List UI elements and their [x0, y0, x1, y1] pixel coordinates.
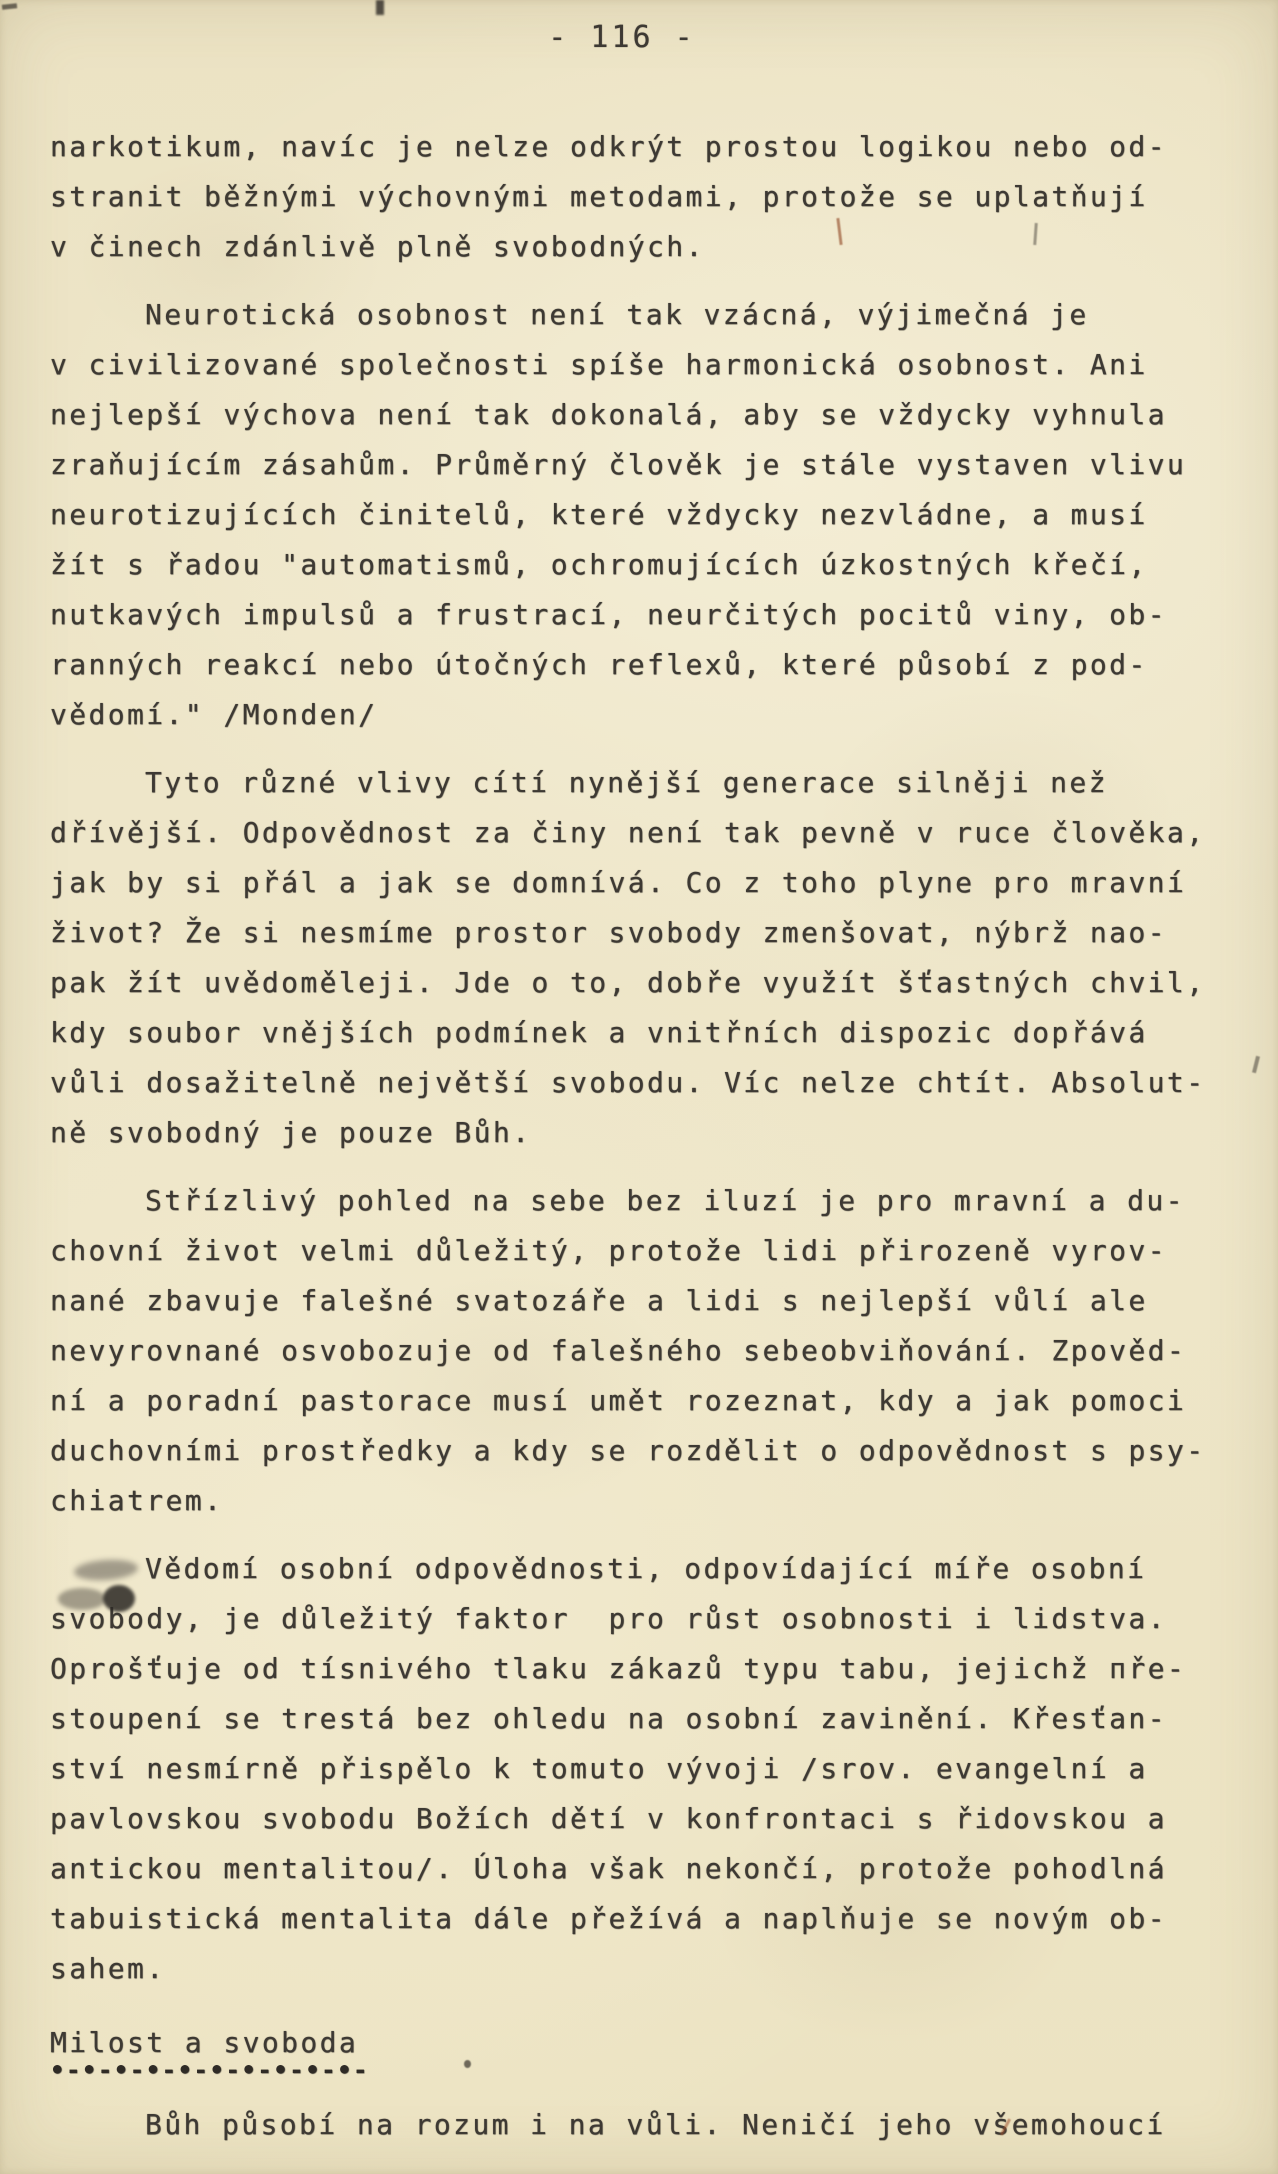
text-line: ní a poradní pastorace musí umět rozezna…	[50, 1376, 1252, 1426]
text-line: duchovními prostředky a kdy se rozdělit …	[50, 1426, 1252, 1476]
text-line: chiatrem.	[50, 1476, 1252, 1526]
section-heading: Milost a svoboda	[50, 2026, 1252, 2060]
text-line: v civilizované společnosti spíše harmoni…	[50, 340, 1252, 390]
text-line: vědomí." /Monden/	[50, 690, 1252, 740]
text-line: nutkavých impulsů a frustrací, neurčitýc…	[50, 590, 1252, 640]
text-line: antickou mentalitou/. Úloha však nekončí…	[50, 1844, 1252, 1894]
text-line: dřívější. Odpovědnost za činy není tak p…	[50, 808, 1252, 858]
text-line: narkotikum, navíc je nelze odkrýt prosto…	[50, 122, 1252, 172]
text-line: Oprošťuje od tísnivého tlaku zákazů typu…	[50, 1644, 1252, 1694]
text-line: Tyto různé vlivy cítí nynější generace s…	[50, 758, 1252, 808]
text-line: nevyrovnané osvobozuje od falešného sebe…	[50, 1326, 1252, 1376]
paragraph-group-after-heading: Bůh působí na rozum i na vůli. Neničí je…	[50, 2080, 1252, 2150]
text-line: neurotizujících činitelů, které vždycky …	[50, 490, 1252, 540]
paragraph: Tyto různé vlivy cítí nynější generace s…	[50, 758, 1252, 1158]
paragraph: Neurotická osobnost není tak vzácná, výj…	[50, 290, 1252, 740]
text-line: ství nesmírně přispělo k tomuto vývoji /…	[50, 1744, 1252, 1794]
paragraph: Střízlivý pohled na sebe bez iluzí je pr…	[50, 1176, 1252, 1526]
edge-mark-top-left	[2, 3, 17, 10]
text-line: stranit běžnými výchovnými metodami, pro…	[50, 172, 1252, 222]
page-body: narkotikum, navíc je nelze odkrýt prosto…	[50, 122, 1252, 2150]
scanned-page: - 116 - narkotikum, navíc je nelze odkrý…	[0, 0, 1278, 2174]
text-line: ranných reakcí nebo útočných reflexů, kt…	[50, 640, 1252, 690]
text-line: Vědomí osobní odpovědnosti, odpovídající…	[50, 1544, 1252, 1594]
section-heading-block: Milost a svoboda •-•-•-•-•-•-•-•-•-•-	[50, 2012, 1252, 2080]
edge-mark-top-center	[376, 0, 384, 15]
text-line: Neurotická osobnost není tak vzácná, výj…	[50, 290, 1252, 340]
paragraph-group-before-heading: narkotikum, navíc je nelze odkrýt prosto…	[50, 122, 1252, 1994]
text-line: nejlepší výchova není tak dokonalá, aby …	[50, 390, 1252, 440]
text-line: v činech zdánlivě plně svobodných.	[50, 222, 1252, 272]
text-line: sahem.	[50, 1944, 1252, 1994]
text-line: nané zbavuje falešné svatozáře a lidi s …	[50, 1276, 1252, 1326]
paragraph: narkotikum, navíc je nelze odkrýt prosto…	[50, 122, 1252, 272]
text-line: žít s řadou "automatismů, ochromujících …	[50, 540, 1252, 590]
text-line: Bůh působí na rozum i na vůli. Neničí je…	[50, 2100, 1252, 2150]
text-line: chovní život velmi důležitý, protože lid…	[50, 1226, 1252, 1276]
stray-mark-right-margin	[1252, 1056, 1260, 1073]
text-line: pak žít uvědoměleji. Jde o to, dobře vyu…	[50, 958, 1252, 1008]
text-line: tabuistická mentalita dále přežívá a nap…	[50, 1894, 1252, 1944]
text-line: život? Že si nesmíme prostor svobody zme…	[50, 908, 1252, 958]
text-line: jak by si přál a jak se domnívá. Co z to…	[50, 858, 1252, 908]
text-line: ně svobodný je pouze Bůh.	[50, 1108, 1252, 1158]
paragraph: Vědomí osobní odpovědnosti, odpovídající…	[50, 1544, 1252, 1994]
text-line: svobody, je důležitý faktor pro růst oso…	[50, 1594, 1252, 1644]
page-number: - 116 -	[0, 20, 1261, 55]
paragraph: Bůh působí na rozum i na vůli. Neničí je…	[50, 2100, 1252, 2150]
text-line: zraňujícím zásahům. Průměrný člověk je s…	[50, 440, 1252, 490]
text-line: kdy soubor vnějších podmínek a vnitřních…	[50, 1008, 1252, 1058]
text-line: stoupení se trestá bez ohledu na osobní …	[50, 1694, 1252, 1744]
text-line: pavlovskou svobodu Božích dětí v konfron…	[50, 1794, 1252, 1844]
heading-underline: •-•-•-•-•-•-•-•-•-•-	[50, 2060, 1252, 2080]
text-line: Střízlivý pohled na sebe bez iluzí je pr…	[50, 1176, 1252, 1226]
text-line: vůli dosažitelně největší svobodu. Víc n…	[50, 1058, 1252, 1108]
